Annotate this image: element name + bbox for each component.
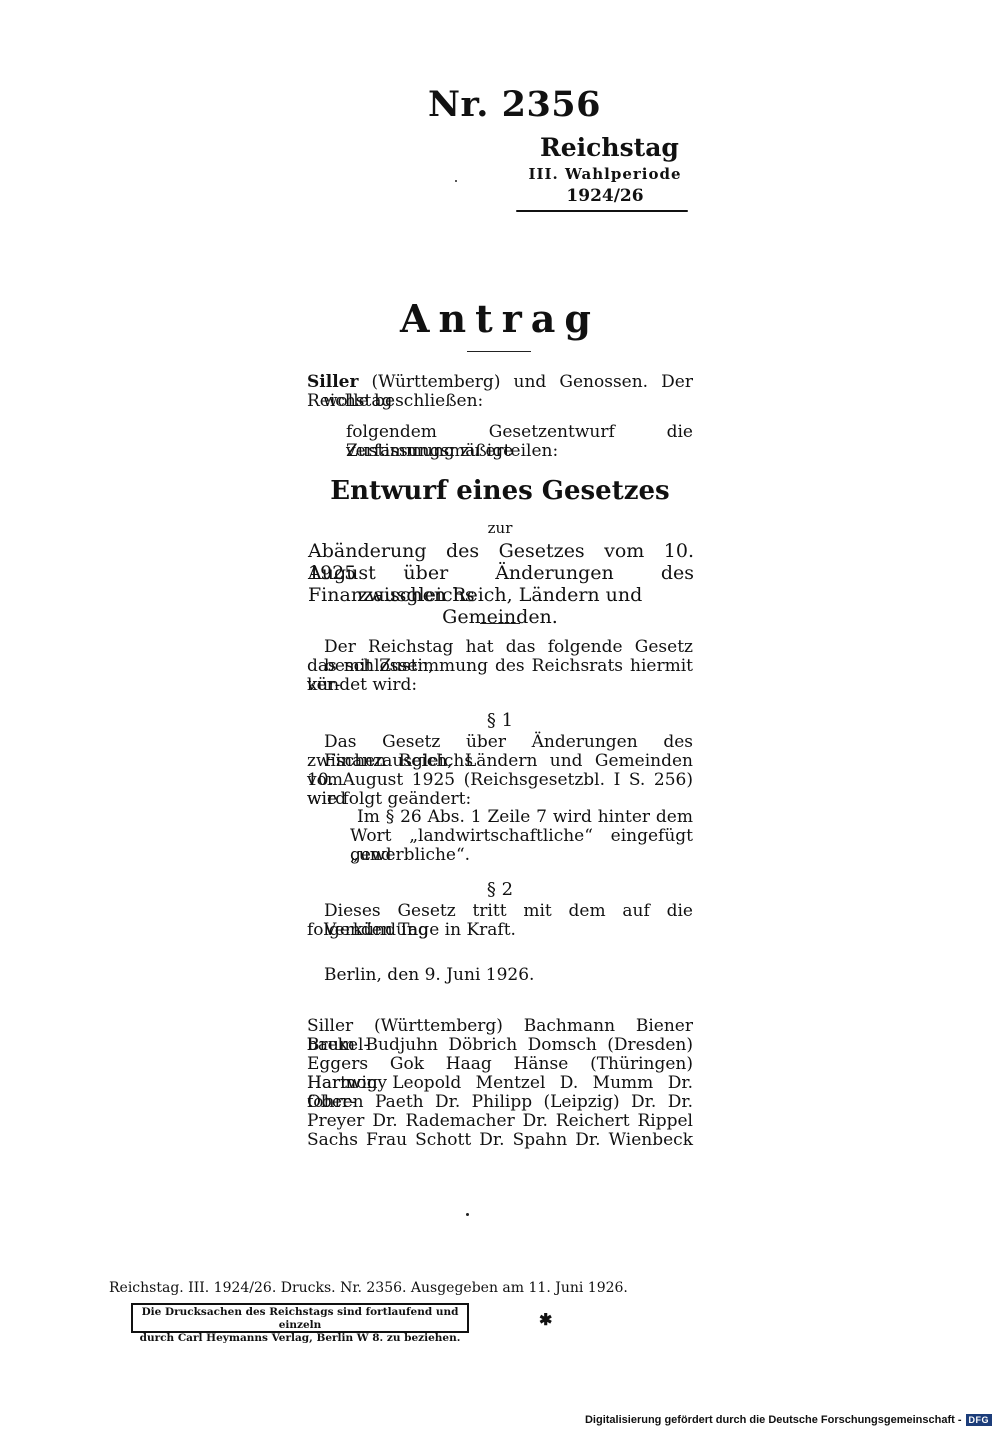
publisher-notice-line: durch Carl Heymanns Verlag, Berlin W 8. … <box>133 1332 467 1345</box>
signatory-line: Preyer Dr. Rademacher Dr. Reichert Rippe… <box>307 1112 693 1131</box>
section-line: Im § 26 Abs. 1 Zeile 7 wird hinter dem <box>357 808 693 827</box>
digitization-text: Digitalisierung gefördert durch die Deut… <box>585 1414 962 1426</box>
divider <box>480 623 520 624</box>
header-rule <box>516 210 688 212</box>
asterisk-icon: ✱ <box>539 1310 552 1329</box>
section-line: gewerbliche“. <box>350 846 693 865</box>
place-date: Berlin, den 9. Juni 1926. <box>324 965 534 985</box>
document-title: Antrag <box>380 296 620 341</box>
preamble-line: kündet wird: <box>307 676 693 695</box>
parliament-name: Reichstag <box>540 133 670 162</box>
dfg-logo-icon: DFG <box>966 1414 993 1426</box>
publisher-notice-line: Die Drucksachen des Reichstags sind fort… <box>133 1306 467 1332</box>
divider <box>467 351 531 352</box>
intro-line: Zustimmung zu erteilen: <box>346 442 693 461</box>
signatory-line: Sachs Frau Schott Dr. Spahn Dr. Wienbeck <box>307 1131 693 1150</box>
publisher-notice-box: Die Drucksachen des Reichstags sind fort… <box>131 1303 469 1333</box>
print-speck <box>455 180 457 182</box>
section-label: § 2 <box>300 879 700 900</box>
period-years: 1924/26 <box>512 186 698 206</box>
bill-connector: zur <box>300 519 700 537</box>
section-label: § 1 <box>300 710 700 731</box>
print-speck <box>466 1213 469 1216</box>
digitization-credit: Digitalisierung gefördert durch die Deut… <box>585 1414 992 1426</box>
document-number: Nr. 2356 <box>428 84 601 125</box>
electoral-period: III. Wahlperiode <box>512 165 698 183</box>
signatory-line: baum Budjuhn Döbrich Domsch (Dresden) <box>307 1036 693 1055</box>
bill-title-line: zwischen Reich, Ländern und Gemeinden. <box>300 584 700 628</box>
section-line: folgenden Tage in Kraft. <box>307 921 693 940</box>
mover-name: Siller <box>307 372 358 392</box>
intro-line: wolle beschließen: <box>323 392 693 411</box>
issue-line: Reichstag. III. 1924/26. Drucks. Nr. 235… <box>109 1280 628 1296</box>
bill-heading: Entwurf eines Gesetzes <box>300 476 700 506</box>
signatory-line: fohren Paeth Dr. Philipp (Leipzig) Dr. D… <box>307 1093 693 1112</box>
